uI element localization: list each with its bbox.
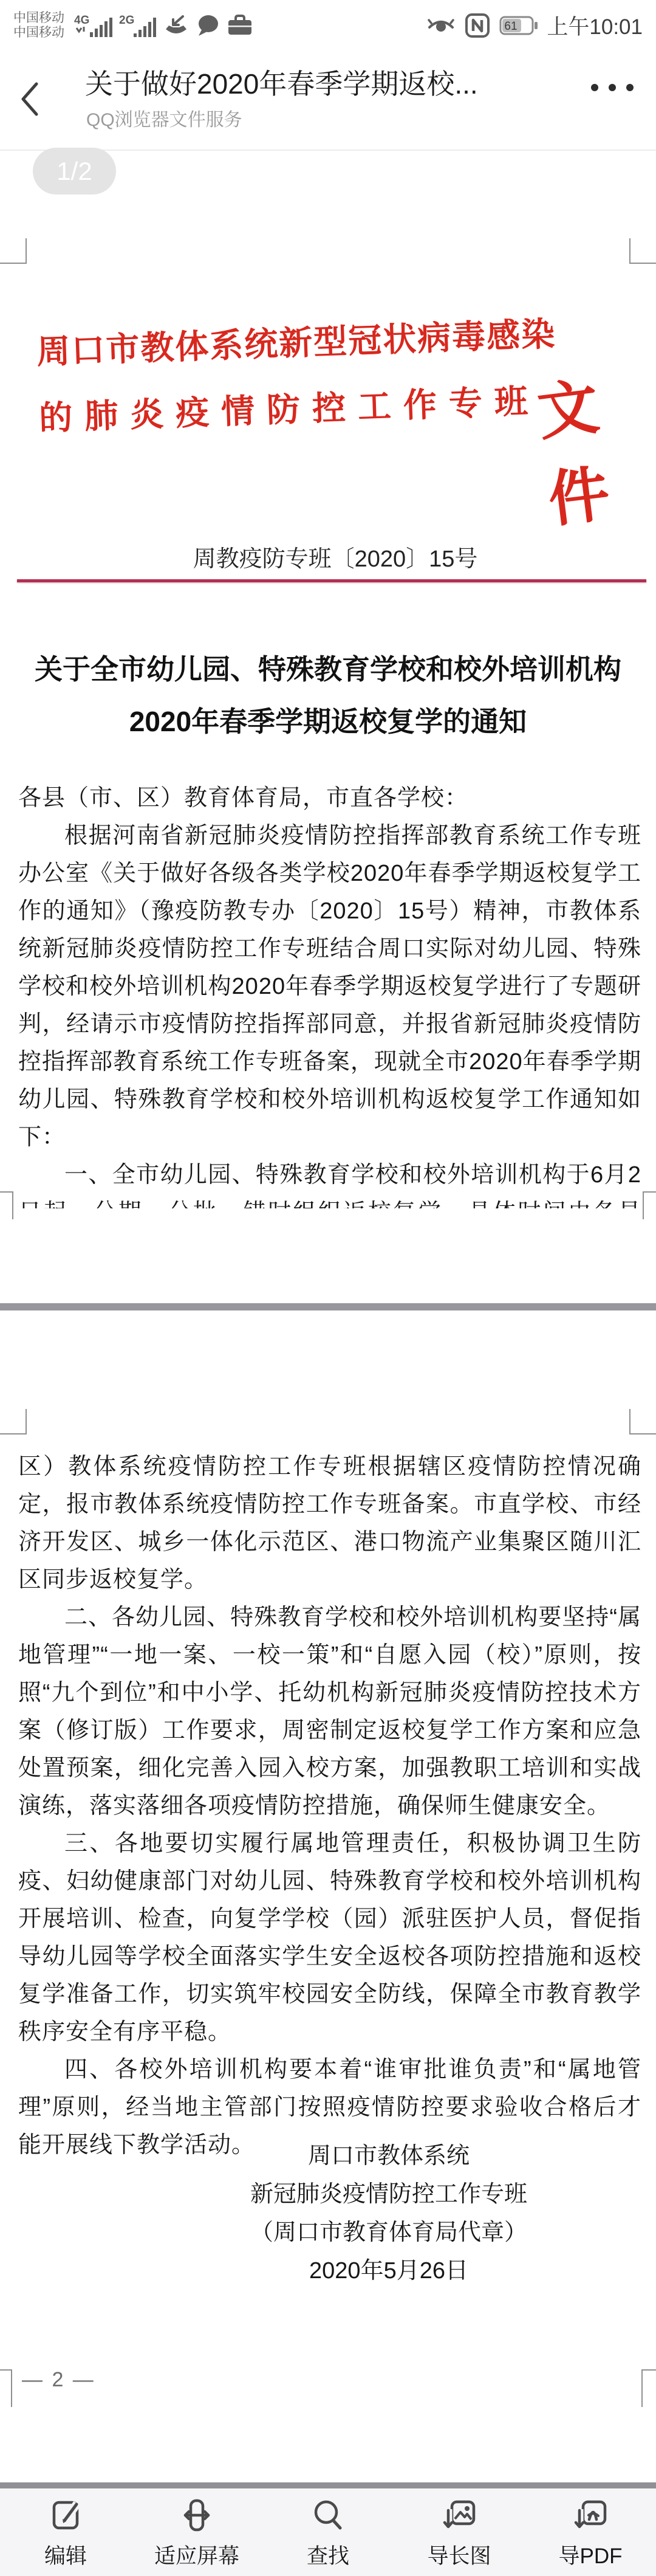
signal-bars-2g-icon: 2G xyxy=(119,12,158,40)
nav-bar: 关于做好2020年春季学期返校... QQ浏览器文件服务 xyxy=(0,51,656,151)
carrier-labels: 中国移动 中国移动 xyxy=(13,11,64,40)
export-long-image-icon xyxy=(440,2496,479,2535)
document-letterhead: 周口市教体系统新型冠状病毒感染 的肺炎疫情防控工作专班 xyxy=(36,307,562,439)
signature-block: 周口市教体系统 新冠肺炎疫情防控工作专班 （周口市教育体育局代章） 2020年5… xyxy=(121,2137,656,2290)
letterhead-line2: 的肺炎疫情防控工作专班 xyxy=(38,373,562,439)
search-label: 查找 xyxy=(307,2540,349,2570)
edit-icon xyxy=(46,2496,85,2535)
export-pdf-icon xyxy=(571,2496,610,2535)
page1-bottom-right-mark xyxy=(643,1191,656,1219)
page2-top-right-mark xyxy=(629,1409,656,1434)
status-bar: 中国移动 中国移动 4G 2G xyxy=(0,0,656,51)
back-button[interactable] xyxy=(18,80,43,118)
page1-top-right-mark xyxy=(629,238,656,264)
fit-screen-icon xyxy=(177,2496,216,2535)
status-right-cluster: 61 上午10:01 xyxy=(418,10,643,41)
fit-screen-button[interactable]: 适应屏幕 xyxy=(131,2488,262,2576)
paragraph-4: 三、各地要切实履行属地管理责任，积极协调卫生防疫、妇幼健康部门对幼儿园、特殊教育… xyxy=(18,1825,641,2051)
search-button[interactable]: 查找 xyxy=(262,2488,394,2576)
page2-body[interactable]: 区）教体系统疫情防控工作专班根据辖区疫情防控情况确定，报市教体系统疫情防控工作专… xyxy=(18,1448,641,2164)
nfc-icon xyxy=(464,12,491,39)
document-number: 周教疫防专班〔2020〕15号 xyxy=(7,540,656,573)
export-pdf-button[interactable]: 导PDF xyxy=(525,2488,656,2576)
signature-org-line1: 周口市教体系统 xyxy=(121,2137,656,2175)
signature-date: 2020年5月26日 xyxy=(121,2252,656,2290)
page2-bottom-left-mark xyxy=(0,2369,12,2407)
eye-comfort-icon xyxy=(426,13,456,38)
carrier-sim2: 中国移动 xyxy=(13,26,64,40)
export-pdf-label: 导PDF xyxy=(558,2540,622,2570)
page2-bottom-right-mark xyxy=(641,2369,656,2407)
letterhead-line1: 周口市教体系统新型冠状病毒感染 xyxy=(36,307,559,373)
salutation: 各县（市、区）教育体育局，市直各学校： xyxy=(18,779,641,817)
fit-screen-label: 适应屏幕 xyxy=(154,2540,239,2570)
battery-percent: 61 xyxy=(505,20,518,33)
page-number-footer: — 2 — xyxy=(22,2368,95,2392)
battery-icon: 61 xyxy=(499,15,539,36)
file-source-subtitle: QQ浏览器文件服务 xyxy=(86,105,242,131)
paragraph-3: 二、各幼儿园、特殊教育学校和校外培训机构要坚持“属地管理”“一地一案、一校一策”… xyxy=(18,1599,641,1825)
page1-bottom-left-mark xyxy=(0,1191,13,1219)
letterhead-stamp: 文件 xyxy=(532,351,656,539)
more-menu-button[interactable] xyxy=(589,83,635,92)
toolbar-top-band xyxy=(0,2482,656,2488)
edit-button[interactable]: 编辑 xyxy=(0,2488,131,2576)
page2-top-left-mark xyxy=(0,1409,27,1434)
page1-top-left-mark xyxy=(0,238,27,264)
signal-bars-4g-icon: 4G xyxy=(74,12,114,40)
phone-screen: 中国移动 中国移动 4G 2G xyxy=(0,0,656,2576)
briefcase-icon xyxy=(226,12,254,39)
paragraph-2-part2: 区）教体系统疫情防控工作专班根据辖区疫情防控情况确定，报市教体系统疫情防控工作专… xyxy=(18,1448,641,1599)
paragraph-2-part1: 一、全市幼儿园、特殊教育学校和校外培训机构于6月2日起，分期、分批、错时组织返校… xyxy=(18,1156,641,1208)
network-type-sim2: 2G xyxy=(119,14,134,27)
page1-body[interactable]: 各县（市、区）教育体育局，市直各学校： 根据河南省新冠肺炎疫情防控指挥部教育系统… xyxy=(18,779,641,1208)
document-title-line2: 2020年春季学期返校复学的通知 xyxy=(24,695,632,748)
network-type-sim1: 4G xyxy=(74,14,89,27)
chat-bubble-icon xyxy=(194,12,221,39)
signature-seal-note: （周口市教育体育局代章） xyxy=(121,2214,656,2252)
search-icon xyxy=(309,2496,347,2535)
bottom-toolbar: 编辑 适应屏幕 查找 xyxy=(0,2488,656,2576)
page-indicator-badge: 1/2 xyxy=(33,148,116,195)
document-title-line1: 关于全市幼儿园、特殊教育学校和校外培训机构 xyxy=(24,643,632,695)
edit-label: 编辑 xyxy=(44,2540,87,2570)
document-title: 关于全市幼儿园、特殊教育学校和校外培训机构 2020年春季学期返校复学的通知 xyxy=(24,643,632,748)
missed-call-icon xyxy=(163,12,190,39)
clock-time: 上午10:01 xyxy=(547,10,643,41)
carrier-sim1: 中国移动 xyxy=(13,11,64,26)
file-title: 关于做好2020年春季学期返校... xyxy=(85,62,565,102)
export-long-image-label: 导长图 xyxy=(427,2540,491,2570)
red-separator-line xyxy=(17,579,646,582)
signature-org-line2: 新冠肺炎疫情防控工作专班 xyxy=(121,2175,656,2214)
page-separator xyxy=(0,1303,656,1310)
paragraph-1: 根据河南省新冠肺炎疫情防控指挥部教育系统工作专班办公室《关于做好各级各类学校20… xyxy=(18,817,641,1156)
export-long-image-button[interactable]: 导长图 xyxy=(394,2488,525,2576)
